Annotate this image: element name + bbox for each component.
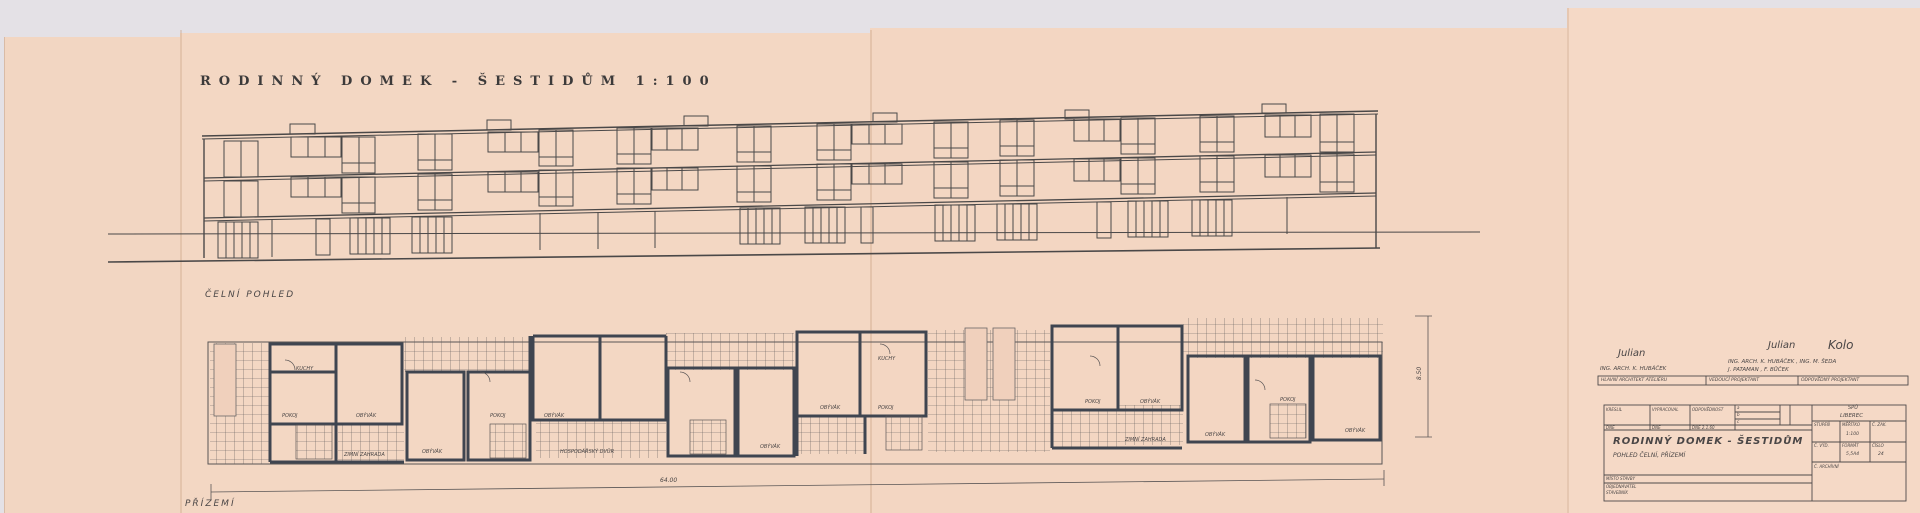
room-label: OBÝVÁK <box>820 405 840 411</box>
plan-label: PŘÍZEMÍ <box>185 499 236 509</box>
row-date: DNE 2.1.60 <box>1692 425 1715 430</box>
plan-length-dimension: 64.00 <box>660 477 677 484</box>
role-1: HLAVNÍ ARCHITEKT ATELIÉRU <box>1601 378 1667 383</box>
room-label: ZIMNÍ ZAHRADA <box>1125 437 1166 443</box>
order-label: Č. ZAK. <box>1872 422 1887 427</box>
office: SPÚ <box>1848 405 1858 411</box>
row-header: VYPRACOVAL <box>1652 407 1678 412</box>
row-header: ODPOVĚDNOST <box>1692 407 1723 412</box>
row-date: DNE <box>1652 425 1661 430</box>
room-label: OBÝVÁK <box>1140 399 1160 405</box>
role-3: ODPOVĚDNÝ PROJEKTANT <box>1801 378 1859 383</box>
sheet-label: ČÍSLO <box>1872 443 1884 448</box>
subtitle: POHLED ČELNÍ, PŘÍZEMÍ <box>1613 452 1685 459</box>
room-label: HOSPODÁŘSKÝ DVŮR <box>560 449 614 455</box>
stage-label: STUPEŇ <box>1814 422 1830 427</box>
revision-mark: b <box>1737 412 1740 417</box>
room-label: POKOJ <box>282 413 298 419</box>
elevation-label: ČELNÍ POHLED <box>205 290 295 300</box>
scale-label: MĚŘÍTKO <box>1842 422 1860 427</box>
author-center-2: J. PATAMAN , F. BŮČEK <box>1728 367 1789 373</box>
room-label: KUCHY <box>296 366 313 372</box>
room-label: OBÝVÁK <box>1345 428 1365 434</box>
room-label: OBÝVÁK <box>760 444 780 450</box>
main-title: RODINNÝ DOMEK - ŠESTIDŮM <box>1613 436 1803 447</box>
room-label: OBÝVÁK <box>356 413 376 419</box>
room-label: OBÝVÁK <box>1205 432 1225 438</box>
author-center-1: ING. ARCH. K. HUBÁČEK , ING. M. ŠEDA <box>1728 359 1836 365</box>
revision-mark: a <box>1737 405 1739 410</box>
investor-label-2: STAVEBNÍK <box>1606 490 1628 495</box>
role-2: VEDOUCÍ PROJEKTANT <box>1709 378 1759 383</box>
signature-right: Kolo <box>1828 338 1853 352</box>
sheet-value: 24 <box>1878 452 1884 457</box>
signature-center: Julian <box>1768 340 1795 351</box>
room-label: ZIMNÍ ZAHRADA <box>344 452 385 458</box>
revision-mark: c <box>1737 419 1739 424</box>
archive-label: Č. ARCHÍVNÍ <box>1814 464 1839 469</box>
format-label: FORMÁT <box>1842 443 1859 448</box>
scale-value: 1:100 <box>1846 432 1859 437</box>
room-label: POKOJ <box>1085 399 1101 405</box>
signature-left: Julian <box>1618 348 1645 359</box>
room-label: OBÝVÁK <box>422 449 442 455</box>
city: LIBEREC <box>1840 413 1863 419</box>
investor-label: OBJEDNAVATEL <box>1606 484 1636 489</box>
front-elevation <box>202 104 1378 258</box>
row-date: DNE <box>1606 425 1615 430</box>
plan-depth-dimension: 8.50 <box>1416 367 1423 380</box>
room-label: KUCHY <box>878 356 895 362</box>
room-label: POKOJ <box>490 413 506 419</box>
issue-label: Č. VÝD. <box>1814 443 1829 448</box>
place-label: MÍSTO STAVBY <box>1606 476 1635 481</box>
format-value: 5,5A4 <box>1846 452 1859 457</box>
room-label: POKOJ <box>1280 397 1296 403</box>
room-label: POKOJ <box>878 405 894 411</box>
row-header: KRESLIL <box>1606 407 1622 412</box>
room-label: OBÝVÁK <box>544 413 564 419</box>
author-left: ING. ARCH. K. HUBÁČEK <box>1600 366 1666 372</box>
